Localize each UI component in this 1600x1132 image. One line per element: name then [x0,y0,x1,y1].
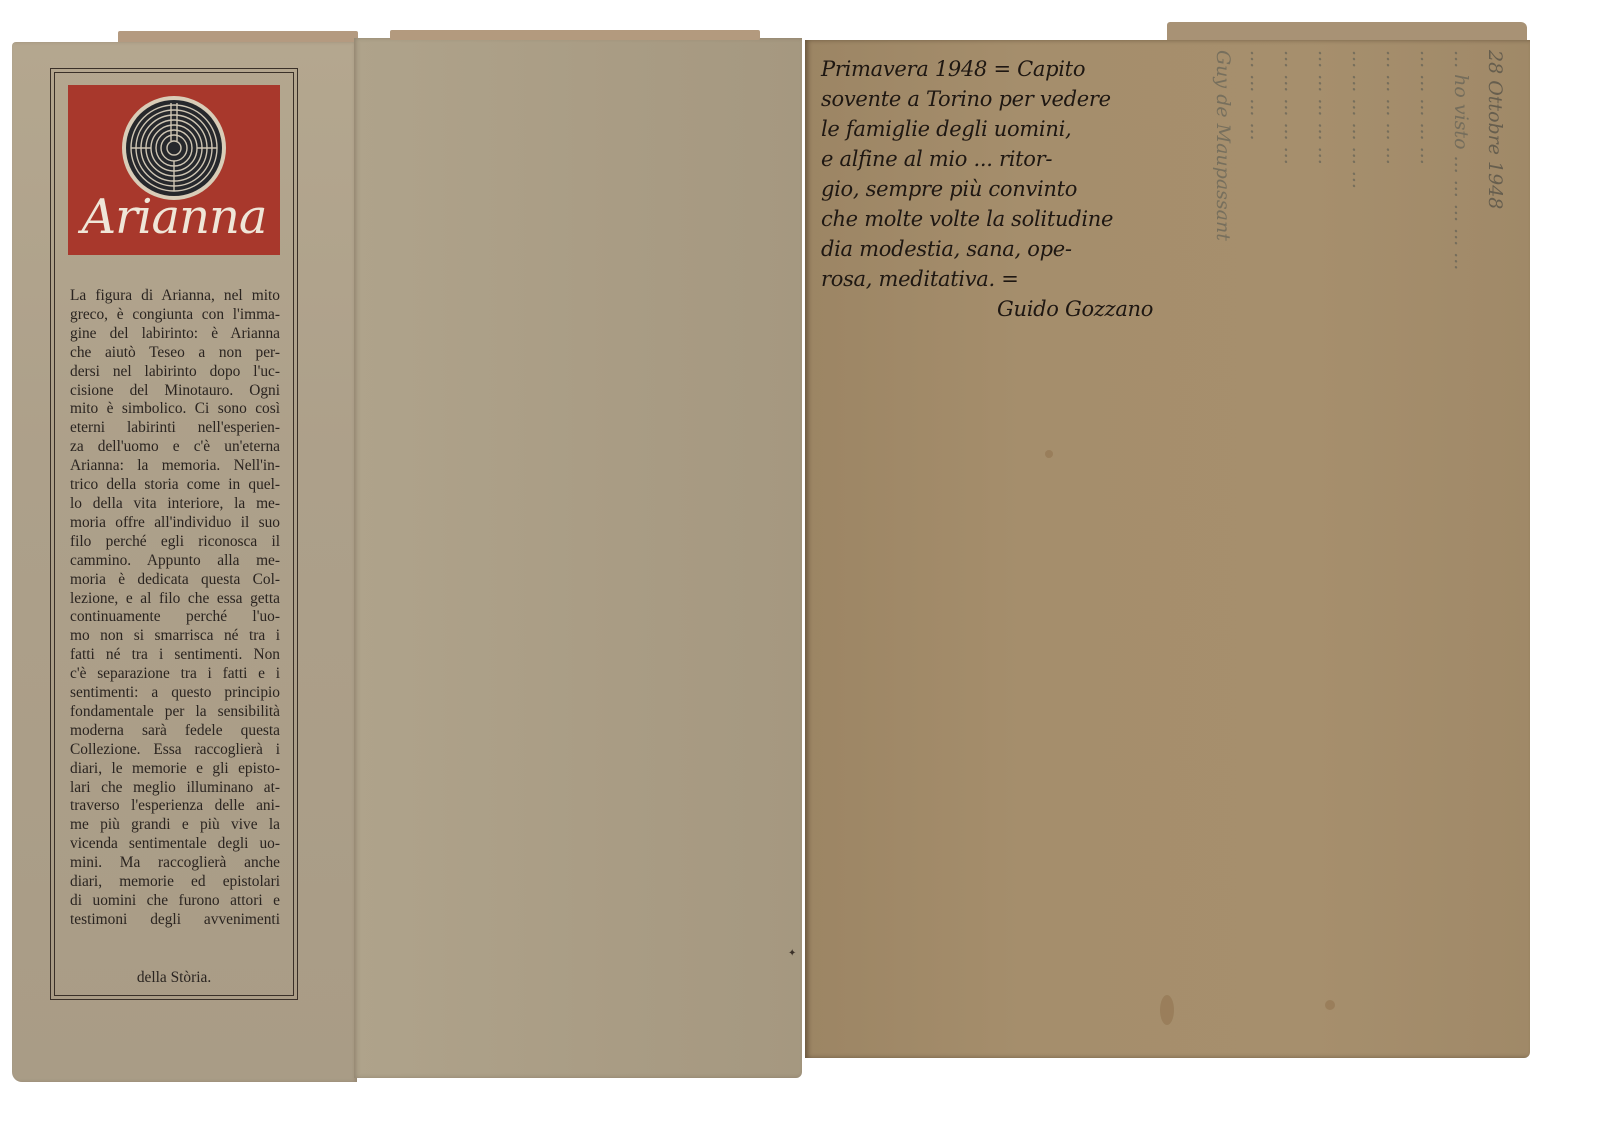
jacket-flap: Arianna La figura di Arianna, nel mitogr… [12,42,357,1082]
description-line: di uomini che furono attori e [70,892,280,911]
arianna-logo: Arianna [68,85,280,255]
description-line: gine del labirinto: è Arianna [70,325,280,344]
description-line: che aiutò Teseo a non per- [70,344,280,363]
description-line: cammino. Appunto alla me- [70,552,280,571]
inscribed-page: Primavera 1948 = Capito sovente a Torino… [805,40,1530,1058]
page-top-edge [1167,22,1527,40]
pencil-line: ... ... ... ... ... [1410,50,1444,810]
description-line: filo perché egli riconosca il [70,533,280,552]
pencil-date: 28 Ottobre 1948 [1478,50,1512,810]
inscription-line: che molte volte la solitudine [821,204,1191,234]
inscription-line: sovente a Torino per vedere [821,84,1191,114]
description-line: me più grandi e più vive la [70,816,280,835]
inscription-line: rosa, meditativa. = [821,264,1191,294]
inscription-line: le famiglie degli uomini, [821,114,1191,144]
description-line: za dell'uomo e c'è un'eterna [70,438,280,457]
ink-signature: Guido Gozzano [821,294,1191,324]
description-line: Collezione. Essa raccoglierà i [70,741,280,760]
description-line: trico della storia come in quel- [70,476,280,495]
endpaper-panel: ✦ [354,38,802,1078]
description-line: lo della vita interiore, la me- [70,495,280,514]
description-line: mito è simbolico. Ci sono così [70,400,280,419]
pencil-inscription: 28 Ottobre 1948 ... ho visto ... ... ...… [1152,50,1512,810]
description-line: cisione del Minotauro. Ogni [70,382,280,401]
description-line: diari, le memorie e gli episto- [70,760,280,779]
description-line: c'è separazione tra i fatti e i [70,665,280,684]
description-line: sentimenti: a questo principio [70,684,280,703]
description-line: traverso l'esperienza delle ani- [70,797,280,816]
pencil-line: ... ... ... ... ... ... [1342,50,1376,810]
description-line: La figura di Arianna, nel mito [70,287,280,306]
description-line: fatti né tra i sentimenti. Non [70,646,280,665]
labyrinth-icon [121,95,227,201]
description-line: testimoni degli avvenimenti [70,911,280,930]
foxing-spot [1325,1000,1335,1010]
inscription-line: gio, sempre più convinto [821,174,1191,204]
pencil-line: ... ... ... ... ... [1274,50,1308,810]
inscription-line: dia modestia, sana, ope- [821,234,1191,264]
description-line: lezione, e al filo che essa getta [70,590,280,609]
description-line: diari, memorie ed epistolari [70,873,280,892]
ink-inscription: Primavera 1948 = Capito sovente a Torino… [821,54,1191,324]
collection-description: La figura di Arianna, nel mitogreco, è c… [70,287,280,930]
description-line: mo non si smarrisca né tra i [70,627,280,646]
endpaper-top-tear [390,30,760,40]
foxing-spot [1160,995,1174,1025]
description-line: eterni labirinti nell'esperien- [70,419,280,438]
description-line: moria offre all'individuo il suo [70,514,280,533]
description-line: moderna sarà fedele questa [70,722,280,741]
inscription-line: Primavera 1948 = Capito [821,54,1191,84]
flap-border-frame: Arianna La figura di Arianna, nel mitogr… [50,68,298,1000]
pencil-line: ... ... ... ... [1240,50,1274,810]
description-line: mini. Ma raccoglierà anche [70,854,280,873]
description-line: vicenda sentimentale degli uo- [70,835,280,854]
printer-mark-icon: ✦ [788,948,796,959]
logo-title: Arianna [68,189,280,245]
description-line: greco, è congiunta con l'imma- [70,306,280,325]
pencil-line: ... ... ... ... ... [1308,50,1342,810]
description-line: fondamentale per la sensibilità [70,703,280,722]
description-last-line: della Stòria. [51,969,297,987]
book-spread: Arianna La figura di Arianna, nel mitogr… [0,0,1600,1132]
description-line: lari che meglio illuminano at- [70,779,280,798]
inscription-line: e alfine al mio ... ritor- [821,144,1191,174]
pencil-line: ... ho visto ... ... ... ... ... [1444,50,1478,810]
foxing-spot [1045,450,1053,458]
pencil-line: ... ... ... ... ... [1376,50,1410,810]
description-line: Arianna: la memoria. Nell'in- [70,457,280,476]
description-line: moria è dedicata questa Col- [70,571,280,590]
description-line: continuamente perché l'uo- [70,608,280,627]
pencil-signature: Guy de Maupassant [1206,50,1240,810]
description-line: dersi nel labirinto dopo l'uc- [70,363,280,382]
